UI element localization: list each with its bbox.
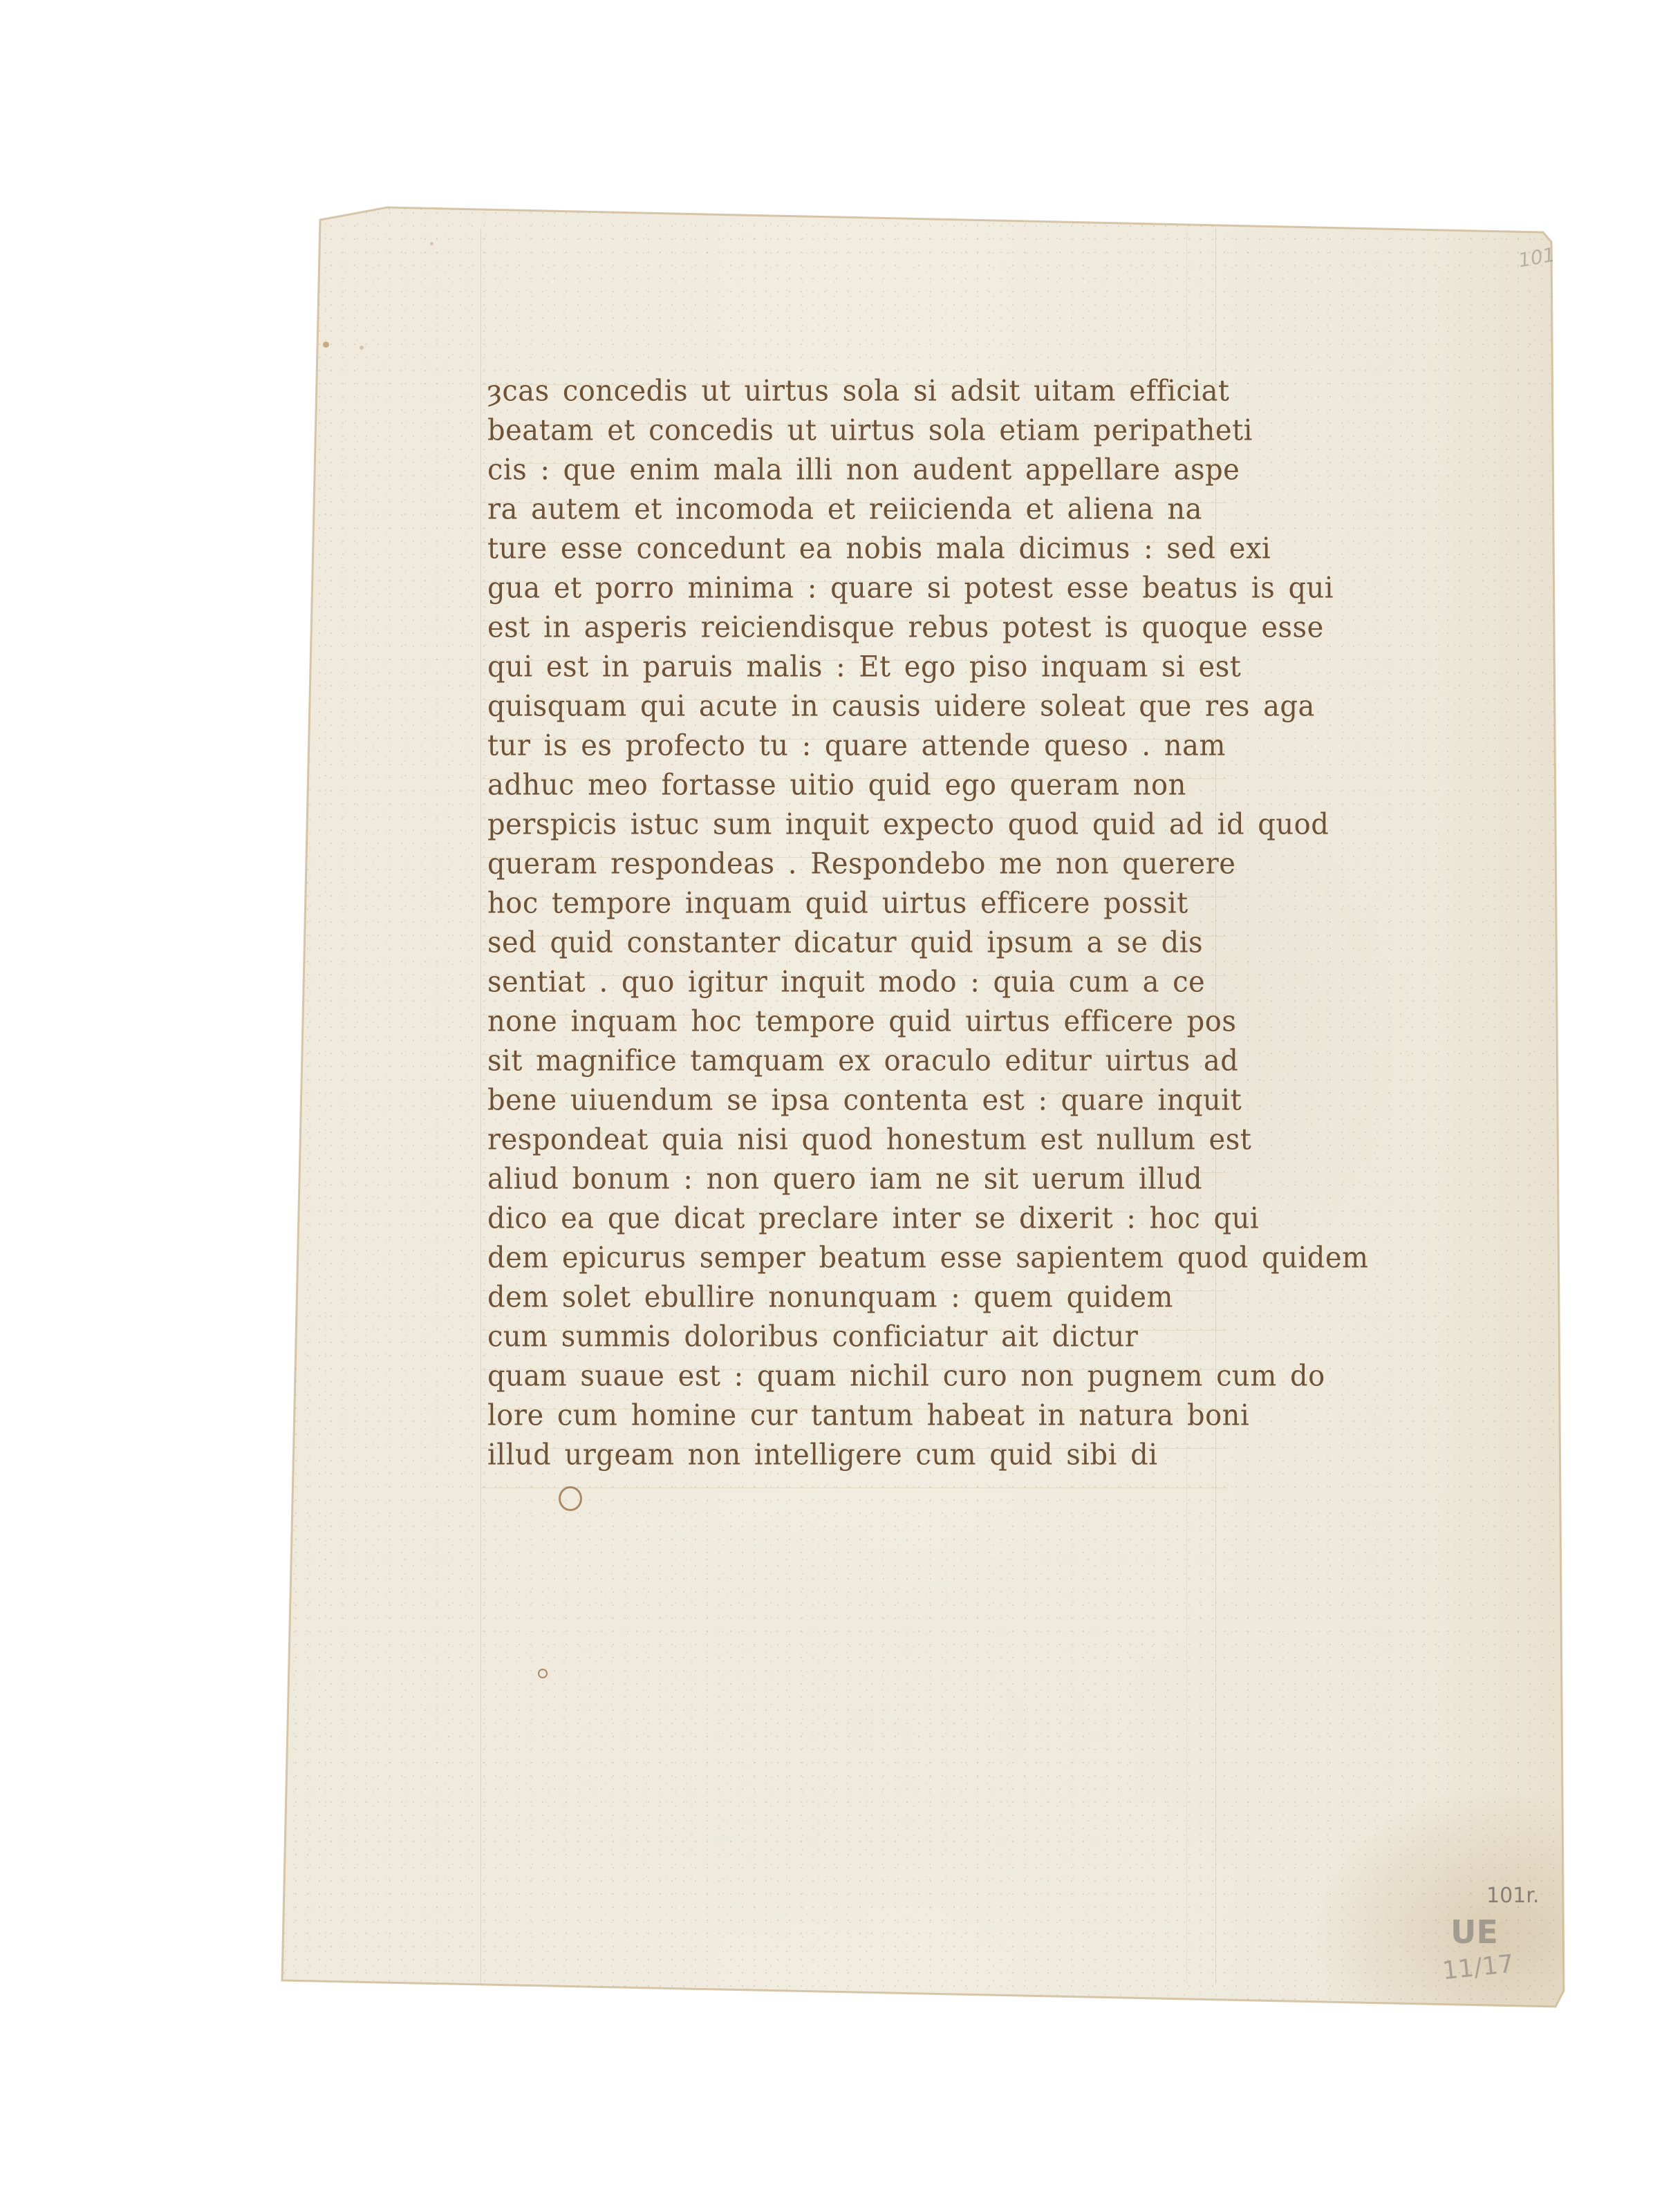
text-line: gua et porro minima : quare si potest es… [487, 568, 1220, 610]
initials-note: UE [1450, 1913, 1498, 1951]
text-line: cis : que enim mala illi non audent appe… [487, 450, 1220, 491]
text-line: cum summis doloribus conficiatur ait dic… [487, 1317, 1220, 1358]
text-line: beatam et concedis ut uirtus sola etiam … [487, 411, 1220, 452]
text-line: quisquam qui acute in causis uidere sole… [487, 686, 1220, 728]
stain-spot [360, 346, 364, 350]
text-line: qui est in paruis malis : Et ego piso in… [487, 647, 1220, 688]
text-line: bene uiuendum se ipsa contenta est : qua… [487, 1080, 1220, 1122]
text-line: lore cum homine cur tantum habeat in nat… [487, 1396, 1220, 1437]
text-line: respondeat quia nisi quod honestum est n… [487, 1120, 1220, 1161]
text-line: sed quid constanter dicatur quid ipsum a… [487, 923, 1220, 964]
ruling-line [480, 1488, 1227, 1488]
text-line: ture esse concedunt ea nobis mala dicimu… [487, 529, 1220, 570]
text-line: est in asperis reiciendisque rebus potes… [487, 608, 1220, 649]
text-line: none inquam hoc tempore quid uirtus effi… [487, 1002, 1220, 1043]
text-line: tur is es profecto tu : quare attende qu… [487, 726, 1220, 767]
text-line: ȝcas concedis ut uirtus sola si adsit ui… [487, 371, 1220, 413]
text-line: ra autem et incomoda et reiicienda et al… [487, 489, 1220, 531]
text-line: illud urgeam non intelligere cum quid si… [487, 1435, 1220, 1477]
ruling-left [480, 228, 481, 1984]
ink-descender-loop [559, 1486, 582, 1511]
text-line: perspicis istuc sum inquit expecto quod … [487, 805, 1220, 846]
stain-spot [323, 341, 329, 348]
stain-spot [430, 242, 433, 245]
text-line: dem solet ebullire nonunquam : quem quid… [487, 1277, 1220, 1319]
text-line: adhuc meo fortasse uitio quid ego queram… [487, 765, 1220, 807]
text-line: quam suaue est : quam nichil curo non pu… [487, 1356, 1220, 1398]
text-line: sentiat . quo igitur inquit modo : quia … [487, 962, 1220, 1004]
text-line: dem epicurus semper beatum esse sapiente… [487, 1238, 1220, 1280]
manuscript-text-block: ȝcas concedis ut uirtus sola si adsit ui… [487, 372, 1220, 1475]
text-line: queram respondeas . Respondebo me non qu… [487, 844, 1220, 885]
text-line: dico ea que dicat preclare inter se dixe… [487, 1199, 1220, 1240]
text-line: hoc tempore inquam quid uirtus efficere … [487, 883, 1220, 925]
text-line: aliud bonum : non quero iam ne sit uerum… [487, 1159, 1220, 1201]
folio-note: 101r. [1486, 1884, 1539, 1908]
text-line: sit magnifice tamquam ex oraculo editur … [487, 1041, 1220, 1082]
ink-spot [538, 1669, 548, 1678]
